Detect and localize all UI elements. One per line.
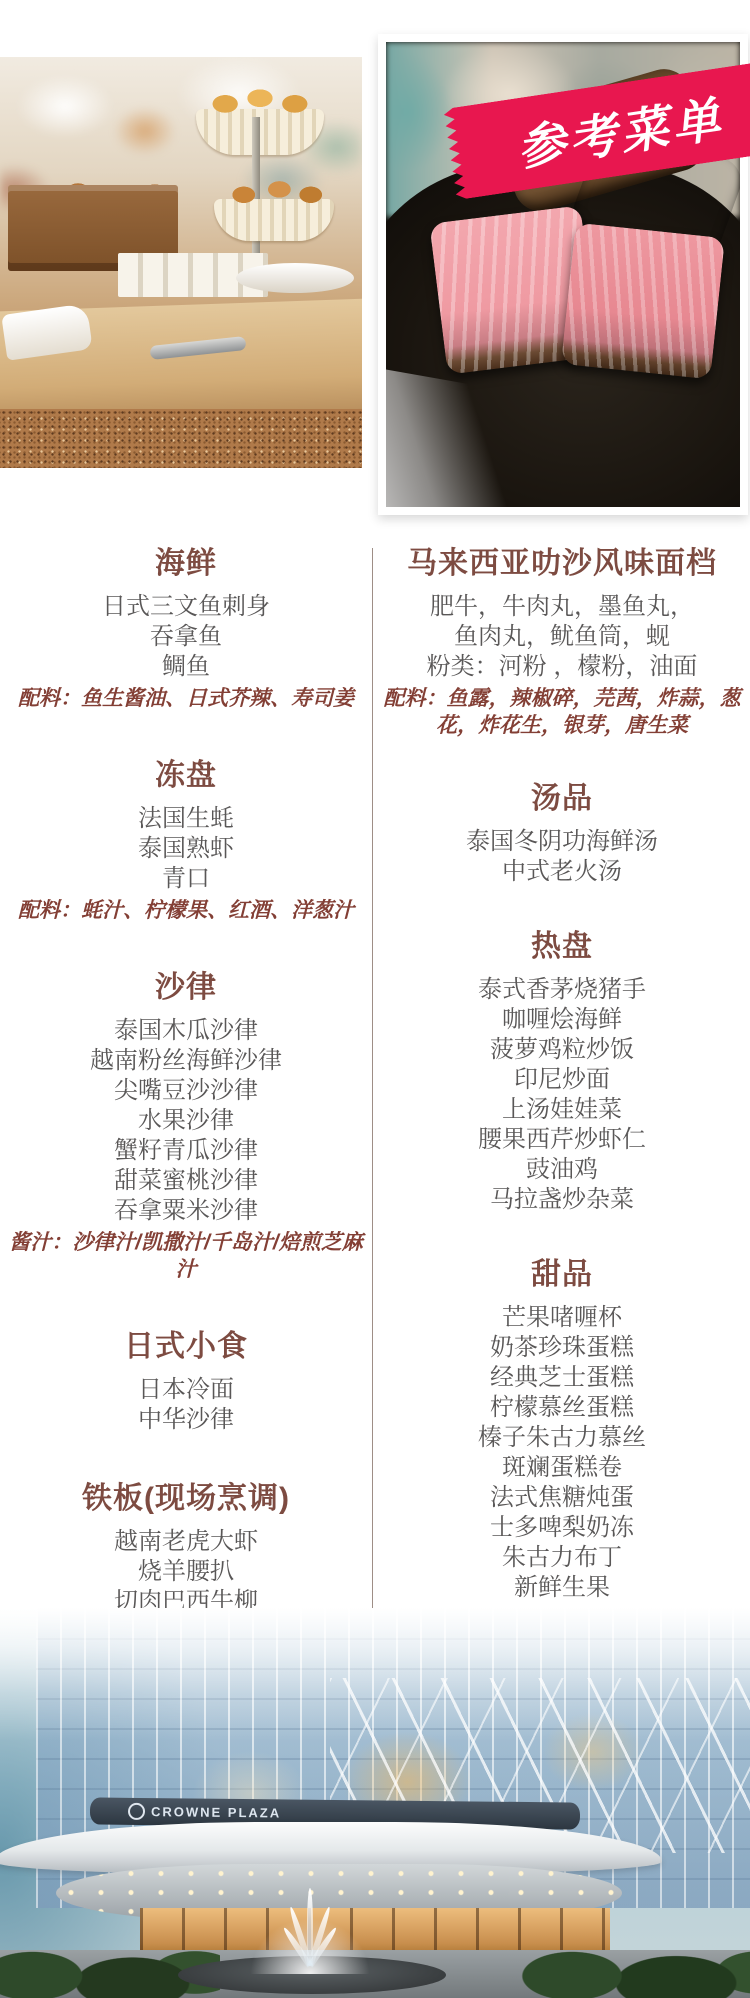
menu-item: 烧羊腰扒 bbox=[6, 1557, 366, 1587]
section-title: 冻盘 bbox=[6, 758, 366, 794]
menu-section-hot-dishes: 热盘 泰式香茅烧猪手咖喱烩海鲜菠萝鸡粒炒饭印尼炒面上汤娃娃菜腰果西芹炒虾仁豉油鸡… bbox=[380, 929, 744, 1215]
menu-item: 上汤娃娃菜 bbox=[380, 1095, 744, 1125]
menu-items: 泰国冬阴功海鲜汤中式老火汤 bbox=[380, 827, 744, 887]
meat-slice-right bbox=[561, 223, 725, 380]
menu-item: 尖嘴豆沙沙律 bbox=[6, 1076, 366, 1106]
menu-items: 肥牛，牛肉丸，墨鱼丸，鱼肉丸，鱿鱼筒，蚬粉类：河粉 ，檬粉，油面 bbox=[380, 592, 744, 682]
menu-item: 马拉盏炒杂菜 bbox=[380, 1185, 744, 1215]
section-title: 甜品 bbox=[380, 1257, 744, 1293]
section-note: 配料：蚝汁、柠檬果、红酒、洋葱汁 bbox=[6, 897, 366, 924]
menu-item: 鲷鱼 bbox=[6, 652, 366, 682]
menu-item: 咖喱烩海鲜 bbox=[380, 1005, 744, 1035]
menu-section-salad: 沙律 泰国木瓜沙律越南粉丝海鲜沙律尖嘴豆沙沙律水果沙律蟹籽青瓜沙律甜菜蜜桃沙律吞… bbox=[6, 970, 366, 1283]
menu-item: 柠檬慕丝蛋糕 bbox=[380, 1393, 744, 1423]
menu-section-cold-platter: 冻盘 法国生蚝泰国熟虾青口 配料：蚝汁、柠檬果、红酒、洋葱汁 bbox=[6, 758, 366, 924]
photo-top-fade bbox=[0, 1608, 750, 1998]
buffet-photo bbox=[0, 57, 362, 468]
menu-item: 印尼炒面 bbox=[380, 1065, 744, 1095]
menu-right-column: 马来西亚叻沙风味面档 肥牛，牛肉丸，墨鱼丸，鱼肉丸，鱿鱼筒，蚬粉类：河粉 ，檬粉… bbox=[380, 540, 744, 1603]
hotel-exterior-photo: CROWNE PLAZA bbox=[0, 1608, 750, 1998]
menu-item: 豉油鸡 bbox=[380, 1155, 744, 1185]
pastry-plate bbox=[236, 263, 354, 293]
column-divider bbox=[372, 548, 373, 1616]
menu-item: 水果沙律 bbox=[6, 1106, 366, 1136]
menu-item: 泰国冬阴功海鲜汤 bbox=[380, 827, 744, 857]
menu-item: 菠萝鸡粒炒饭 bbox=[380, 1035, 744, 1065]
menu-items: 泰国木瓜沙律越南粉丝海鲜沙律尖嘴豆沙沙律水果沙律蟹籽青瓜沙律甜菜蜜桃沙律吞拿粟米… bbox=[6, 1016, 366, 1226]
section-title: 热盘 bbox=[380, 929, 744, 965]
section-title: 沙律 bbox=[6, 970, 366, 1006]
menu-item: 泰国熟虾 bbox=[6, 834, 366, 864]
section-title: 马来西亚叻沙风味面档 bbox=[380, 546, 744, 582]
menu-item: 泰式香茅烧猪手 bbox=[380, 975, 744, 1005]
menu-section-desserts: 甜品 芒果啫喱杯奶茶珍珠蛋糕经典芝士蛋糕柠檬慕丝蛋糕榛子朱古力慕丝斑斓蛋糕卷法式… bbox=[380, 1257, 744, 1603]
section-note: 酱汁：沙律汁/凯撒汁/千岛汁/焙煎芝麻汁 bbox=[6, 1229, 366, 1283]
menu-items: 越南老虎大虾烧羊腰扒切肉巴西牛柳 bbox=[6, 1527, 366, 1617]
menu-section-soups: 汤品 泰国冬阴功海鲜汤中式老火汤 bbox=[380, 781, 744, 887]
menu-items: 日本冷面中华沙律 bbox=[6, 1375, 366, 1435]
menu-section-teppanyaki: 铁板(现场烹调) 越南老虎大虾烧羊腰扒切肉巴西牛柳 bbox=[6, 1481, 366, 1617]
menu-item: 蟹籽青瓜沙律 bbox=[6, 1136, 366, 1166]
menu-item: 士多啤梨奶冻 bbox=[380, 1513, 744, 1543]
menu-items: 法国生蚝泰国熟虾青口 bbox=[6, 804, 366, 894]
menu-item: 日本冷面 bbox=[6, 1375, 366, 1405]
menu-item: 青口 bbox=[6, 864, 366, 894]
menu-item: 鱼肉丸，鱿鱼筒，蚬 bbox=[380, 622, 744, 652]
menu-item: 越南粉丝海鲜沙律 bbox=[6, 1046, 366, 1076]
menu-section-japanese-snacks: 日式小食 日本冷面中华沙律 bbox=[6, 1329, 366, 1435]
menu-item: 芒果啫喱杯 bbox=[380, 1303, 744, 1333]
menu-item: 新鲜生果 bbox=[380, 1573, 744, 1603]
menu-item: 斑斓蛋糕卷 bbox=[380, 1453, 744, 1483]
menu-section-seafood: 海鲜 日式三文鱼刺身吞拿鱼鲷鱼 配料：鱼生酱油、日式芥辣、寿司姜 bbox=[6, 546, 366, 712]
menu-item: 经典芝士蛋糕 bbox=[380, 1363, 744, 1393]
section-title: 海鲜 bbox=[6, 546, 366, 582]
menu-items: 芒果啫喱杯奶茶珍珠蛋糕经典芝士蛋糕柠檬慕丝蛋糕榛子朱古力慕丝斑斓蛋糕卷法式焦糖炖… bbox=[380, 1303, 744, 1603]
section-note: 配料：鱼露，辣椒碎，芫茜，炸蒜，葱花，炸花生，银芽，唐生菜 bbox=[380, 685, 744, 739]
section-title: 汤品 bbox=[380, 781, 744, 817]
menu-item: 法国生蚝 bbox=[6, 804, 366, 834]
menu-item: 吞拿粟米沙律 bbox=[6, 1196, 366, 1226]
menu-items: 泰式香茅烧猪手咖喱烩海鲜菠萝鸡粒炒饭印尼炒面上汤娃娃菜腰果西芹炒虾仁豉油鸡马拉盏… bbox=[380, 975, 744, 1215]
menu-item: 吞拿鱼 bbox=[6, 622, 366, 652]
menu-item: 榛子朱古力慕丝 bbox=[380, 1423, 744, 1453]
menu-item: 法式焦糖炖蛋 bbox=[380, 1483, 744, 1513]
bread-buns-top bbox=[202, 83, 318, 121]
section-title: 日式小食 bbox=[6, 1329, 366, 1365]
menu-section-laksa-noodle-station: 马来西亚叻沙风味面档 肥牛，牛肉丸，墨鱼丸，鱼肉丸，鱿鱼筒，蚬粉类：河粉 ，檬粉… bbox=[380, 546, 744, 739]
menu-item: 肥牛，牛肉丸，墨鱼丸， bbox=[380, 592, 744, 622]
section-note: 配料：鱼生酱油、日式芥辣、寿司姜 bbox=[6, 685, 366, 712]
menu-item: 日式三文鱼刺身 bbox=[6, 592, 366, 622]
page-root: 参考菜单 海鲜 日式三文鱼刺身吞拿鱼鲷鱼 配料：鱼生酱油、日式芥辣、寿司姜 冻盘… bbox=[0, 0, 750, 1998]
section-title: 铁板(现场烹调) bbox=[6, 1481, 366, 1517]
menu-item: 中华沙律 bbox=[6, 1405, 366, 1435]
menu-item: 朱古力布丁 bbox=[380, 1543, 744, 1573]
menu-item: 腰果西芹炒虾仁 bbox=[380, 1125, 744, 1155]
menu-items: 日式三文鱼刺身吞拿鱼鲷鱼 bbox=[6, 592, 366, 682]
menu-left-column: 海鲜 日式三文鱼刺身吞拿鱼鲷鱼 配料：鱼生酱油、日式芥辣、寿司姜 冻盘 法国生蚝… bbox=[6, 540, 366, 1617]
menu-item: 中式老火汤 bbox=[380, 857, 744, 887]
menu-item: 粉类：河粉 ，檬粉，油面 bbox=[380, 652, 744, 682]
menu-item: 泰国木瓜沙律 bbox=[6, 1016, 366, 1046]
menu-item: 越南老虎大虾 bbox=[6, 1527, 366, 1557]
menu-item: 甜菜蜜桃沙律 bbox=[6, 1166, 366, 1196]
menu-item: 奶茶珍珠蛋糕 bbox=[380, 1333, 744, 1363]
granite-countertop bbox=[0, 409, 362, 468]
bread-buns-mid bbox=[220, 175, 328, 211]
